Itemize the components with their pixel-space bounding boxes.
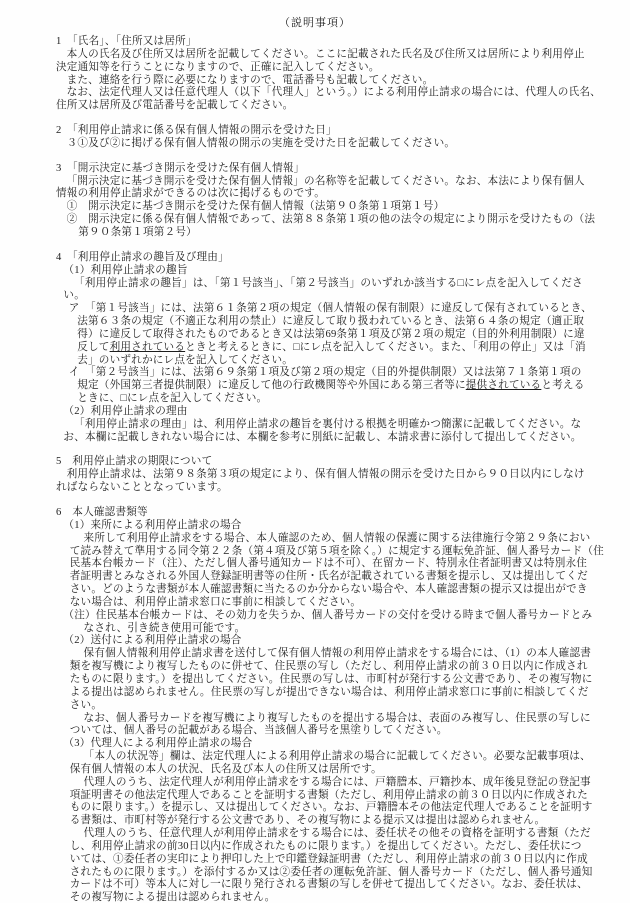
text-segment: 4 「利用停止請求の趣旨及び理由」 xyxy=(56,252,229,263)
text-segment: イ 「第２号該当」には、法第６９条第１項及び第２項の規定（目的外提供制限）又は法… xyxy=(69,367,582,378)
text-segment: （1）来所による利用停止請求の場合 xyxy=(63,520,241,531)
text-segment: 3 「開示決定に基づき開示を受けた保有個人情報」 xyxy=(56,163,304,174)
text-segment: ない場合は、利用停止請求窓口に事前に相談してください。 xyxy=(70,597,361,608)
text-segment: なされ、引き続き使用可能です。 xyxy=(84,623,246,634)
text-segment: 代理人のうち、任意代理人が利用停止請求をする場合には、委任状その他その資格を証明… xyxy=(84,828,591,839)
text-line: いては、①委任者の実印により押印した上で印鑑登録証明書（ただし、利用停止請求の前… xyxy=(56,854,600,867)
text-segment: いては、①委任者の実印により押印した上で印鑑登録証明書（ただし、利用停止請求の前… xyxy=(70,854,588,865)
text-segment: と考える xyxy=(541,380,584,391)
text-line: 者証明書とみなされる外国人登録証明書等の住所・氏名が記載されている書類を提示し、… xyxy=(56,571,600,584)
text-segment: 去」のいずれかにレ点を記入してください。 xyxy=(77,355,293,366)
text-segment: 本人の氏名及び住所又は居所を記載してください。ここに記載された氏名及び住所又は居… xyxy=(67,49,585,60)
text-segment: カードは不可）等本人に対し一に限り発行される書類の写しを併せて提出してください。… xyxy=(70,879,588,890)
text-line: （3）代理人による利用停止請求の場合 xyxy=(56,738,600,751)
text-line: （1）来所による利用停止請求の場合 xyxy=(56,520,600,533)
text-segment: 法第６３条の規定（不適正な利用の禁止）に違反して取り扱われているとき、法第６４条… xyxy=(77,316,584,327)
text-segment: 情報の利用停止請求ができるのは次に掲げるものです。 xyxy=(56,188,325,199)
text-line: 第９０条第１項第２号） xyxy=(56,227,600,240)
text-line: 去」のいずれかにレ点を記入してください。 xyxy=(56,355,600,368)
text-segment: （3）代理人による利用停止請求の場合 xyxy=(63,738,252,749)
underlined-text: 利用されている xyxy=(110,342,186,353)
text-line: 住所又は居所及び電話番号を記載してください。 xyxy=(56,100,600,113)
text-line: ア 「第１号該当」には、法第６１条第２項の規定（個人情報の保有制限）に違反して保… xyxy=(56,303,600,316)
text-line: ② 開示決定に係る保有個人情報であって、法第８８条第１項の他の法令の規定により開… xyxy=(56,214,600,227)
text-line: なされ、引き続き使用可能です。 xyxy=(56,623,600,636)
text-segment: 来所して利用停止請求をする場合、本人確認のため、個人情報の保護に関する法律施行令… xyxy=(84,533,591,544)
section-gap xyxy=(56,151,600,163)
text-line: 利用停止請求は、法第９８条第３項の規定により、保有個人情報の開示を受けた日から９… xyxy=(56,469,600,482)
text-segment: （1）利用停止請求の趣旨 xyxy=(63,265,187,276)
text-line: ３①及び②に掲げる保有個人情報の開示の実施を受けた日を記載してください。 xyxy=(56,138,600,151)
text-line: 「開示決定に基づき開示を受けた保有個人情報」の名称等を記載してください。なお、本… xyxy=(56,176,600,189)
text-segment: よる提出は認められません。住民票の写しが提出できない場合は、利用停止請求窓口に事… xyxy=(70,687,589,698)
text-line: 1 「氏名」、「住所又は居所」 xyxy=(56,36,600,49)
text-line: 来所して利用停止請求をする場合、本人確認のため、個人情報の保護に関する法律施行令… xyxy=(56,533,600,546)
text-line: お、本欄に記載しきれない場合には、本欄を参考に別紙に記載し、本請求書に添付して提… xyxy=(56,432,600,445)
text-line: その複写物による提出は認められません。 xyxy=(56,892,600,903)
text-segment: ア 「第１号該当」には、法第６１条第２項の規定（個人情報の保有制限）に違反して保… xyxy=(69,303,592,314)
text-segment: 「利用停止請求の理由」は、利用停止請求の趣旨を裏付ける根拠を明確かつ簡潔に記載し… xyxy=(74,419,581,430)
document-content: 1 「氏名」、「住所又は居所」本人の氏名及び住所又は居所を記載してください。ここ… xyxy=(0,36,630,903)
text-segment: 第９０条第１項第２号） xyxy=(78,227,197,238)
text-line: たものに限ります。）を提出してください。住民票の写しは、市町村が発行する公文書で… xyxy=(56,674,600,687)
underlined-text: 提供されている xyxy=(466,380,542,391)
text-line: 保有個人情報利用停止請求書を送付して保有個人情報の利用停止請求をする場合には、（… xyxy=(56,648,600,661)
text-line: 決定通知等を行うことになりますので、正確に記入してください。 xyxy=(56,62,600,75)
text-segment: 利用停止請求は、法第９８条第３項の規定により、保有個人情報の開示を受けた日から９… xyxy=(67,469,585,480)
text-line: 4 「利用停止請求の趣旨及び理由」 xyxy=(56,252,600,265)
text-segment: さい。どのような書類が本人確認書類に当たるのか分からない場合や、本人確認書類の提… xyxy=(70,584,588,595)
text-segment: ② 開示決定に係る保有個人情報であって、法第８８条第１項の他の法令の規定により開… xyxy=(67,214,596,225)
text-segment: お、本欄に記載しきれない場合には、本欄を参考に別紙に記載し、本請求書に添付して提… xyxy=(63,432,581,443)
text-segment: その複写物による提出は認められません。 xyxy=(70,892,276,903)
text-segment: る書類は、市町村等が発行する公文書であり、その複写物による提示又は提出は認められ… xyxy=(70,815,546,826)
text-line: 規定（外国第三者提供制限）に違反して他の行政機関等や外国にある第三者等に提供され… xyxy=(56,380,600,393)
text-segment: ときに、□にレ点を記入してください。 xyxy=(77,393,267,404)
text-segment: ときと考えるときに、□にレ点を記入してください。また、「利用の停止」又は「消 xyxy=(185,342,586,353)
text-segment: （注）住民基本台帳カードは、その効力を失うか、個人番号カードの交付を受ける時まで… xyxy=(63,610,592,621)
text-segment: し、利用停止請求の前30日以内に作成されたものに限ります。）を提出してください。… xyxy=(70,841,582,852)
text-line: 民基本台帳カード（注）、ただし個人番号通知カードは不可）、在留カード、特別永住者… xyxy=(56,558,600,571)
text-segment: 項証明書その他法定代理人であることを証明する書類（ただし、利用停止請求の前３０日… xyxy=(70,790,588,801)
text-segment: また、連絡を行う際に必要になりますので、電話番号も記載してください。 xyxy=(67,75,434,86)
text-segment: 保有個人情報利用停止請求書を送付して保有個人情報の利用停止請求をする場合には、（… xyxy=(84,648,592,659)
section-gap xyxy=(56,240,600,252)
text-line: されたものに限ります。）を添付するか又は②委任者の運転免許証、個人番号カード（た… xyxy=(56,867,600,880)
text-line: 項証明書その他法定代理人であることを証明する書類（ただし、利用停止請求の前３０日… xyxy=(56,790,600,803)
page-title: （説明事項） xyxy=(0,14,630,30)
text-line: 反して利用されているときと考えるときに、□にレ点を記入してください。また、「利用… xyxy=(56,342,600,355)
text-line: ものに限ります。）を提示し、又は提出してください。なお、戸籍謄本その他法定代理人… xyxy=(56,802,600,815)
text-line: 「利用停止請求の趣旨」は、「第１号該当」、「第２号該当」のいずれか該当する□にレ… xyxy=(56,278,600,291)
text-segment: て読み替えて準用する同令第２２条（第４項及び第５項を除く。）に規定する運転免許証… xyxy=(70,546,604,557)
text-segment: 反して xyxy=(77,342,109,353)
text-line: て読み替えて準用する同令第２２条（第４項及び第５項を除く。）に規定する運転免許証… xyxy=(56,546,600,559)
text-line: なお、個人番号カードを複写機により複写したものを提出する場合は、表面のみ複写し、… xyxy=(56,713,600,726)
text-line: 保有個人情報の本人の状況、氏名及び本人の住所又は居所です。 xyxy=(56,764,600,777)
text-segment: い。 xyxy=(63,290,85,301)
text-line: 情報の利用停止請求ができるのは次に掲げるものです。 xyxy=(56,188,600,201)
text-segment: 保有個人情報の本人の状況、氏名及び本人の住所又は居所です。 xyxy=(70,764,382,775)
text-segment: たものに限ります。）を提出してください。住民票の写しは、市町村が発行する公文書で… xyxy=(70,674,593,685)
text-line: 6 本人確認書類等 xyxy=(56,507,600,520)
text-line: 代理人のうち、法定代理人が利用停止請求をする場合には、戸籍謄本、戸籍抄本、成年後… xyxy=(56,777,600,790)
text-line: 得）に違反して取得されたものであるとき又は法第69条第１項及び第２項の規定（目的… xyxy=(56,329,600,342)
text-line: る書類は、市町村等が発行する公文書であり、その複写物による提示又は提出は認められ… xyxy=(56,815,600,828)
text-line: 2 「利用停止請求に係る保有個人情報の開示を受けた日」 xyxy=(56,125,600,138)
text-segment: ものに限ります。）を提示し、又は提出してください。なお、戸籍謄本その他法定代理人… xyxy=(70,802,593,813)
text-segment: （2）利用停止請求の理由 xyxy=(63,406,187,417)
text-segment: ① 開示決定に基づき開示を受けた保有個人情報（法第９０条第１項第１号） xyxy=(67,201,445,212)
text-segment: （2）送付による利用停止請求の場合 xyxy=(63,635,241,646)
text-line: また、連絡を行う際に必要になりますので、電話番号も記載してください。 xyxy=(56,75,600,88)
text-line: さい。 xyxy=(56,700,600,713)
text-segment: なお、法定代理人又は任意代理人（以下「代理人」という。）による利用停止請求の場合… xyxy=(67,87,601,98)
text-line: （2）送付による利用停止請求の場合 xyxy=(56,635,600,648)
text-segment: 6 本人確認書類等 xyxy=(56,507,148,518)
text-line: ① 開示決定に基づき開示を受けた保有個人情報（法第９０条第１項第１号） xyxy=(56,201,600,214)
text-segment: 代理人のうち、法定代理人が利用停止請求をする場合には、戸籍謄本、戸籍抄本、成年後… xyxy=(84,777,591,788)
text-line: （1）利用停止請求の趣旨 xyxy=(56,265,600,278)
text-segment: 者証明書とみなされる外国人登録証明書等の住所・氏名が記載されている書類を提示し、… xyxy=(70,571,588,582)
text-line: 本人の氏名及び住所又は居所を記載してください。ここに記載された氏名及び住所又は居… xyxy=(56,49,600,62)
text-segment: ればならないこととなっています。 xyxy=(56,482,228,493)
text-line: さい。どのような書類が本人確認書類に当たるのか分からない場合や、本人確認書類の提… xyxy=(56,584,600,597)
text-line: なお、法定代理人又は任意代理人（以下「代理人」という。）による利用停止請求の場合… xyxy=(56,87,600,100)
text-line: ときに、□にレ点を記入してください。 xyxy=(56,393,600,406)
text-segment: 5 利用停止請求の期限について xyxy=(56,456,212,467)
text-line: し、利用停止請求の前30日以内に作成されたものに限ります。）を提出してください。… xyxy=(56,841,600,854)
text-segment: されたものに限ります。）を添付するか又は②委任者の運転免許証、個人番号カード（た… xyxy=(70,867,593,878)
text-segment: 住所又は居所及び電話番号を記載してください。 xyxy=(56,100,293,111)
text-line: 「利用停止請求の理由」は、利用停止請求の趣旨を裏付ける根拠を明確かつ簡潔に記載し… xyxy=(56,419,600,432)
text-line: 代理人のうち、任意代理人が利用停止請求をする場合には、委任状その他その資格を証明… xyxy=(56,828,600,841)
text-line: カードは不可）等本人に対し一に限り発行される書類の写しを併せて提出してください。… xyxy=(56,879,600,892)
text-segment: ３①及び②に掲げる保有個人情報の開示の実施を受けた日を記載してください。 xyxy=(67,138,456,149)
text-segment: 類を複写機により複写したものに併せて、住民票の写し（ただし、利用停止請求の前３０… xyxy=(70,661,588,672)
text-line: ればならないこととなっています。 xyxy=(56,482,600,495)
text-line: 法第６３条の規定（不適正な利用の禁止）に違反して取り扱われているとき、法第６４条… xyxy=(56,316,600,329)
text-line: ない場合は、利用停止請求窓口に事前に相談してください。 xyxy=(56,597,600,610)
text-segment: 1 「氏名」、「住所又は居所」 xyxy=(56,36,197,47)
text-segment: 2 「利用停止請求に係る保有個人情報の開示を受けた日」 xyxy=(56,125,337,136)
text-segment: 規定（外国第三者提供制限）に違反して他の行政機関等や外国にある第三者等に xyxy=(77,380,466,391)
text-segment: 「開示決定に基づき開示を受けた保有個人情報」の名称等を記載してください。なお、本… xyxy=(67,176,585,187)
text-segment: ついては、個人番号の記載がある場合、当該個人番号を黒塗りしてください。 xyxy=(70,725,448,736)
text-segment: 「利用停止請求の趣旨」は、「第１号該当」、「第２号該当」のいずれか該当する□にレ… xyxy=(74,278,583,289)
text-line: 類を複写機により複写したものに併せて、住民票の写し（ただし、利用停止請求の前３０… xyxy=(56,661,600,674)
text-line: よる提出は認められません。住民票の写しが提出できない場合は、利用停止請求窓口に事… xyxy=(56,687,600,700)
text-line: イ 「第２号該当」には、法第６９条第１項及び第２項の規定（目的外提供制限）又は法… xyxy=(56,367,600,380)
text-segment: さい。 xyxy=(70,700,102,711)
text-line: い。 xyxy=(56,290,600,303)
text-segment: なお、個人番号カードを複写機により複写したものを提出する場合は、表面のみ複写し、… xyxy=(84,713,591,724)
section-gap xyxy=(56,113,600,125)
text-line: 「本人の状況等」欄は、法定代理人による利用停止請求の場合に記載してください。必要… xyxy=(56,751,600,764)
text-segment: 民基本台帳カード（注）、ただし個人番号通知カードは不可）、在留カード、特別永住者… xyxy=(70,558,587,569)
text-line: 5 利用停止請求の期限について xyxy=(56,456,600,469)
text-line: （2）利用停止請求の理由 xyxy=(56,406,600,419)
section-gap xyxy=(56,444,600,456)
text-segment: 得）に違反して取得されたものであるとき又は法第69条第１項及び第２項の規定（目的… xyxy=(77,329,585,340)
section-gap xyxy=(56,495,600,507)
text-line: 3 「開示決定に基づき開示を受けた保有個人情報」 xyxy=(56,163,600,176)
document-page: （説明事項） 1 「氏名」、「住所又は居所」本人の氏名及び住所又は居所を記載して… xyxy=(0,0,630,903)
text-line: （注）住民基本台帳カードは、その効力を失うか、個人番号カードの交付を受ける時まで… xyxy=(56,610,600,623)
text-segment: 「本人の状況等」欄は、法定代理人による利用停止請求の場合に記載してください。必要… xyxy=(84,751,591,762)
text-segment: 決定通知等を行うことになりますので、正確に記入してください。 xyxy=(56,62,380,73)
text-line: ついては、個人番号の記載がある場合、当該個人番号を黒塗りしてください。 xyxy=(56,725,600,738)
